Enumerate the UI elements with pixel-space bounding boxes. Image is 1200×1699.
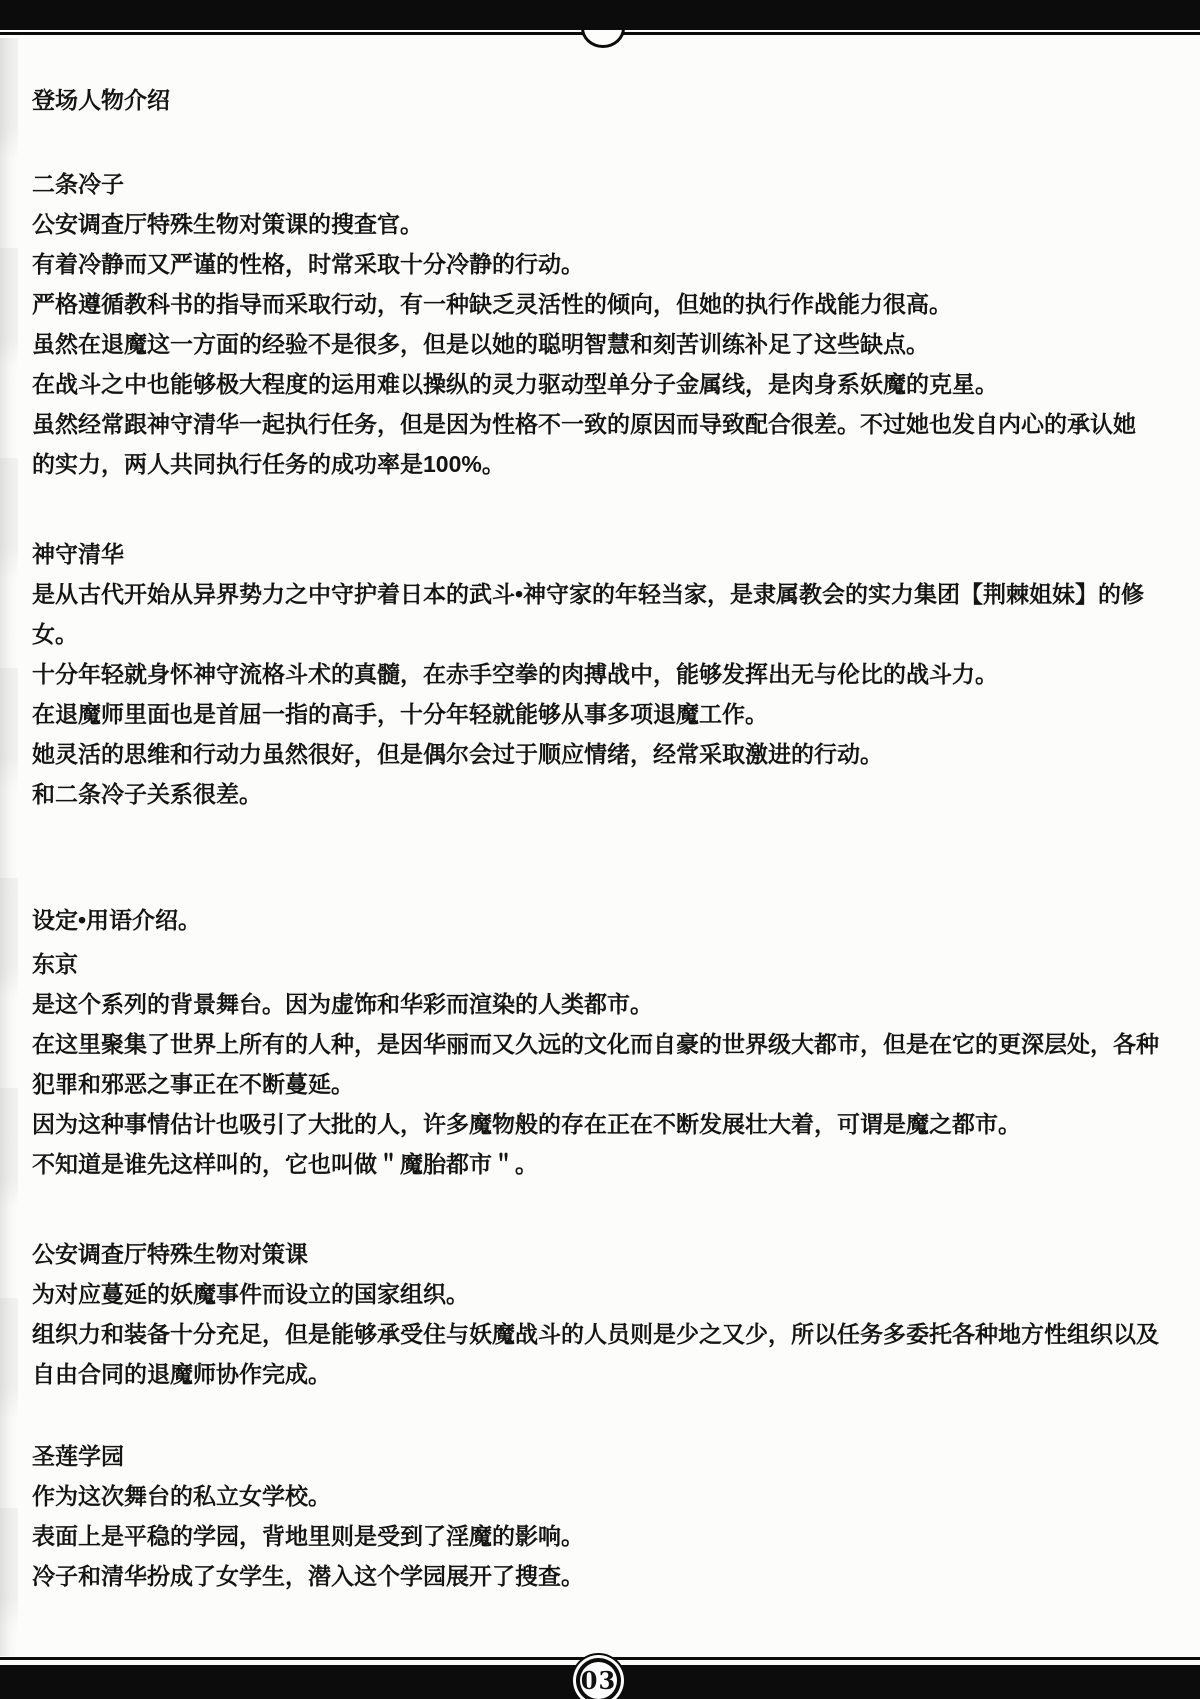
text-line: 是这个系列的背景舞台。因为虚饰和华彩而渲染的人类都市。 xyxy=(32,984,1159,1024)
text-line: 表面上是平稳的学园，背地里则是受到了淫魔的影响。 xyxy=(32,1516,584,1556)
text-line: 有着冷静而又严谨的性格，时常采取十分冷静的行动。 xyxy=(32,244,1136,284)
text-line: 在退魔师里面也是首屈一指的高手，十分年轻就能够从事多项退魔工作。 xyxy=(32,694,1144,734)
text-line: 因为这种事情估计也吸引了大批的人，许多魔物般的存在正在不断发展壮大着，可谓是魔之… xyxy=(32,1104,1159,1144)
page-title: 登场人物介绍 xyxy=(32,80,170,120)
text-line: 为对应蔓延的妖魔事件而设立的国家组织。 xyxy=(32,1274,1159,1314)
text-line: 组织力和装备十分充足，但是能够承受住与妖魔战斗的人员则是少之又少，所以任务多委托… xyxy=(32,1314,1159,1354)
term-name: 圣莲学园 xyxy=(32,1436,584,1476)
text-line: 和二条冷子关系很差。 xyxy=(32,774,1144,814)
text-line: 的实力，两人共同执行任务的成功率是100%。 xyxy=(32,444,1136,484)
section-term-seiren-academy: 圣莲学园 作为这次舞台的私立女学校。 表面上是平稳的学园，背地里则是受到了淫魔的… xyxy=(32,1436,584,1596)
text-line: 冷子和清华扮成了女学生，潜入这个学园展开了搜查。 xyxy=(32,1556,584,1596)
glossary-title: 设定•用语介绍。 xyxy=(32,900,201,940)
page-number-badge: 03 xyxy=(580,1662,617,1699)
page-edge-texture xyxy=(0,38,18,1656)
top-ribbon-notch xyxy=(581,28,625,48)
scanned-document-page: 登场人物介绍 二条冷子 公安调查厅特殊生物对策课的搜查官。 有着冷静而又严谨的性… xyxy=(0,0,1200,1699)
page-number: 03 xyxy=(581,1669,616,1693)
term-name: 东京 xyxy=(32,944,1159,984)
section-term-tokyo: 东京 是这个系列的背景舞台。因为虚饰和华彩而渲染的人类都市。 在这里聚集了世界上… xyxy=(32,944,1159,1184)
bottom-divider-rule xyxy=(0,1657,1200,1660)
section-character-nijou-reiko: 二条冷子 公安调查厅特殊生物对策课的搜查官。 有着冷静而又严谨的性格，时常采取十… xyxy=(32,164,1136,484)
section-character-kamimori-seika: 神守清华 是从古代开始从异界势力之中守护着日本的武斗•神守家的年轻当家，是隶属教… xyxy=(32,534,1144,814)
text-line: 公安调查厅特殊生物对策课的搜查官。 xyxy=(32,204,1136,244)
top-border-band xyxy=(0,0,1200,30)
text-line: 自由合同的退魔师协作完成。 xyxy=(32,1354,1159,1394)
text-line: 是从古代开始从异界势力之中守护着日本的武斗•神守家的年轻当家，是隶属教会的实力集… xyxy=(32,574,1144,614)
character-name: 二条冷子 xyxy=(32,164,1136,204)
text-line: 在这里聚集了世界上所有的人种，是因华丽而又久远的文化而自豪的世界级大都市，但是在… xyxy=(32,1024,1159,1064)
text-line: 不知道是谁先这样叫的，它也叫做＂魔胎都市＂。 xyxy=(32,1144,1159,1184)
text-line: 严格遵循教科书的指导而采取行动，有一种缺乏灵活性的倾向，但她的执行作战能力很高。 xyxy=(32,284,1136,324)
text-line: 她灵活的思维和行动力虽然很好，但是偶尔会过于顺应情绪，经常采取激进的行动。 xyxy=(32,734,1144,774)
text-line: 十分年轻就身怀神守流格斗术的真髓，在赤手空拳的肉搏战中，能够发挥出无与伦比的战斗… xyxy=(32,654,1144,694)
text-line: 作为这次舞台的私立女学校。 xyxy=(32,1476,584,1516)
text-line: 女。 xyxy=(32,614,1144,654)
section-term-public-security-bureau: 公安调查厅特殊生物对策课 为对应蔓延的妖魔事件而设立的国家组织。 组织力和装备十… xyxy=(32,1234,1159,1394)
text-line: 虽然经常跟神守清华一起执行任务，但是因为性格不一致的原因而导致配合很差。不过她也… xyxy=(32,404,1136,444)
text-line: 在战斗之中也能够极大程度的运用难以操纵的灵力驱动型单分子金属线，是肉身系妖魔的克… xyxy=(32,364,1136,404)
character-name: 神守清华 xyxy=(32,534,1144,574)
text-line: 虽然在退魔这一方面的经验不是很多，但是以她的聪明智慧和刻苦训练补足了这些缺点。 xyxy=(32,324,1136,364)
term-name: 公安调查厅特殊生物对策课 xyxy=(32,1234,1159,1274)
text-line: 犯罪和邪恶之事正在不断蔓延。 xyxy=(32,1064,1159,1104)
